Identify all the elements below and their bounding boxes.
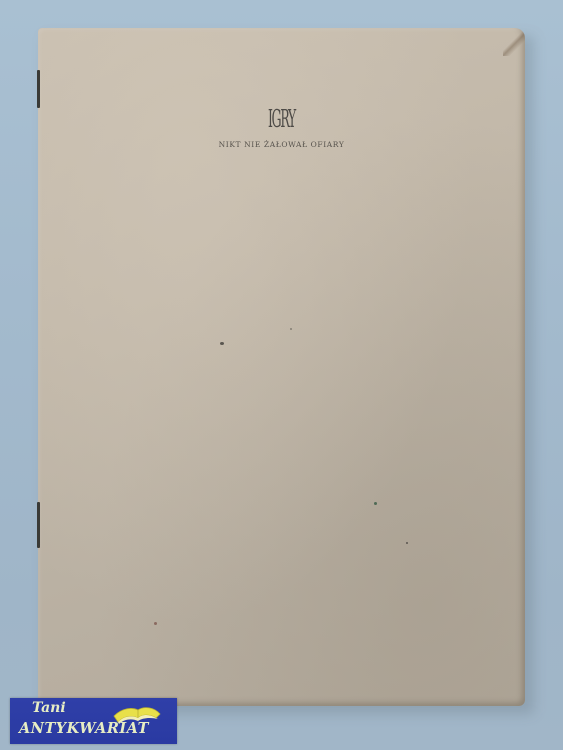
paper-speck <box>154 622 157 625</box>
cover-title: IGRY <box>131 104 433 133</box>
corner-fold <box>503 28 525 56</box>
cover-subtitle: NIKT NIE ŻAŁOWAŁ OFIARY <box>38 140 525 149</box>
watermark-line2: ANTYKWARIAT <box>19 720 149 737</box>
watermark-line1: Tani <box>32 700 66 716</box>
paper-speck <box>374 502 377 505</box>
book-cover: IGRY NIKT NIE ŻAŁOWAŁ OFIARY <box>38 28 525 706</box>
staple-top <box>37 70 40 108</box>
watermark-logo: Tani ANTYKWARIAT <box>10 698 177 744</box>
paper-speck <box>220 342 224 345</box>
paper-speck <box>290 328 292 330</box>
staple-bottom <box>37 502 40 548</box>
paper-speck <box>406 542 408 544</box>
